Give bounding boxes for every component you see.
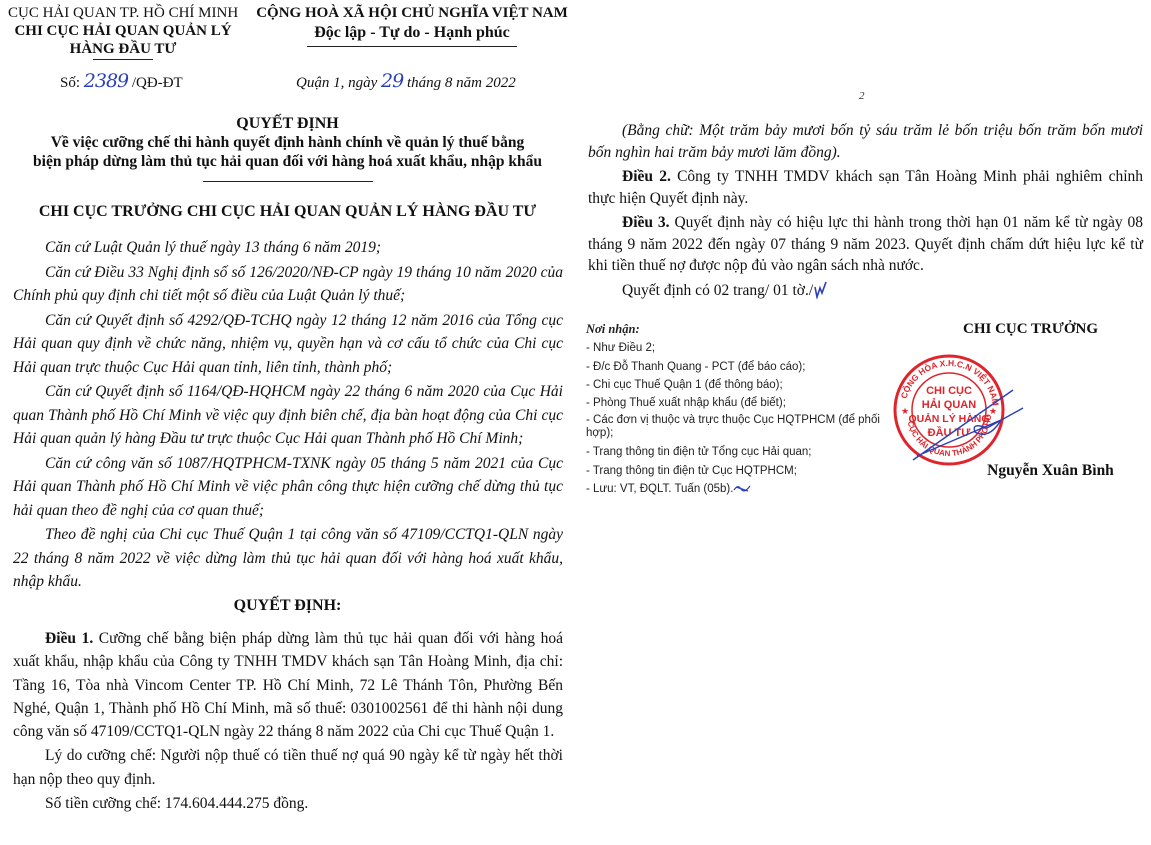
recipient-item: - Đ/c Đỗ Thanh Quang - PCT (để báo cáo);	[586, 358, 886, 376]
recipient-item: - Phòng Thuế xuất nhập khẩu (để biết);	[586, 394, 886, 412]
legal-basis-item: Căn cứ công văn số 1087/HQTPHCM-TXNK ngà…	[13, 452, 563, 523]
motto-divider	[307, 46, 517, 47]
initial-scribble-icon	[733, 483, 751, 493]
signer-role: CHI CỤC TRƯỞNG	[908, 321, 1151, 338]
recipients-list: Nơi nhận: - Như Điều 2; - Đ/c Đỗ Thanh Q…	[586, 320, 886, 498]
decision-heading: QUYẾT ĐỊNH:	[0, 597, 575, 615]
recipient-item: - Trang thông tin điện tử Tổng cục Hải q…	[586, 443, 886, 461]
article-1: Điều 1. Cưỡng chế bằng biện pháp dừng là…	[13, 627, 563, 743]
svg-text:CHI CỤC: CHI CỤC	[926, 385, 972, 397]
recipient-item: - Chi cục Thuế Quận 1 (để thông báo);	[586, 376, 886, 394]
signer-name: Nguyễn Xuân Bình	[908, 462, 1151, 480]
date-prefix: Quận 1, ngày	[296, 75, 381, 91]
nation-name: CỘNG HOÀ XÃ HỘI CHỦ NGHĨA VIỆT NAM	[252, 4, 572, 23]
document-page-1: CỤC HẢI QUAN TP. HỒ CHÍ MINH CHI CỤC HẢI…	[0, 0, 575, 845]
initial-mark-icon	[813, 281, 827, 299]
recipients-heading: Nơi nhận:	[586, 320, 886, 338]
pages-note: Quyết định có 02 trang/ 01 tờ./	[588, 280, 1143, 302]
header-divider	[93, 59, 153, 60]
signature-block: CHI CỤC TRƯỞNG CỘNG HÒA X.H.C.N VIỆT NAM…	[908, 318, 1151, 338]
official-seal-icon: CỘNG HÒA X.H.C.N VIỆT NAM CỤC HẢI QUAN T…	[891, 350, 1031, 470]
amount-in-words: (Bằng chữ: Một trăm bảy mươi bốn tỷ sáu …	[588, 120, 1143, 163]
svg-text:HẢI QUAN: HẢI QUAN	[922, 398, 976, 411]
recipient-item: - Như Điều 2;	[586, 339, 886, 357]
article-3-text: Quyết định này có hiệu lực thi hành tron…	[588, 214, 1143, 274]
enforcement-amount: Số tiền cưỡng chế: 174.604.444.275 đồng.	[13, 792, 563, 815]
recipient-item: - Trang thông tin điện tử Cục HQTPHCM;	[586, 462, 886, 480]
article-2-text: Công ty TNHH TMDV khách sạn Tân Hoàng Mi…	[588, 168, 1143, 207]
article-3: Điều 3. Quyết định này có hiệu lực thi h…	[588, 212, 1143, 277]
document-page-2: 2 (Bằng chữ: Một trăm bảy mươi bốn tỷ sá…	[578, 0, 1151, 845]
title-divider	[203, 181, 373, 182]
legal-basis-item: Căn cứ Quyết định số 1164/QĐ-HQHCM ngày …	[13, 380, 563, 451]
articles-page-2: (Bằng chữ: Một trăm bảy mươi bốn tỷ sáu …	[588, 120, 1143, 301]
document-subtitle-line2: biện pháp dừng làm thủ tục hải quan đối …	[0, 152, 575, 171]
article-3-label: Điều 3.	[622, 214, 670, 231]
svg-text:QUẢN LÝ HÀNG: QUẢN LÝ HÀNG	[908, 412, 989, 425]
article-2-label: Điều 2.	[622, 168, 671, 185]
recipient-item: - Các đơn vị thuộc và trực thuộc Cục HQT…	[586, 412, 886, 443]
parent-agency: CỤC HẢI QUAN TP. HỒ CHÍ MINH	[8, 4, 238, 22]
national-motto: Độc lập - Tự do - Hạnh phúc	[252, 23, 572, 42]
issue-date: Quận 1, ngày 29 tháng 8 năm 2022	[296, 70, 516, 92]
legal-basis-item: Theo đề nghị của Chi cục Thuế Quận 1 tại…	[13, 523, 563, 594]
svg-text:★: ★	[989, 406, 997, 416]
document-number: Số: 2389 /QĐ-ĐT	[60, 70, 183, 92]
svg-text:ĐẦU TƯ: ĐẦU TƯ	[928, 426, 972, 439]
handwritten-day: 29	[381, 70, 403, 92]
article-1-text: Cưỡng chế bằng biện pháp dừng làm thủ tụ…	[13, 630, 563, 740]
page-number: 2	[859, 90, 865, 102]
office-name-line2: HÀNG ĐẦU TƯ	[8, 40, 238, 58]
legal-basis-item: Căn cứ Điều 33 Nghị định số số 126/2020/…	[13, 261, 563, 308]
office-name-line1: CHI CỤC HẢI QUAN QUẢN LÝ	[8, 22, 238, 40]
handwritten-doc-number: 2389	[84, 70, 128, 92]
issuing-agency-header: CỤC HẢI QUAN TP. HỒ CHÍ MINH CHI CỤC HẢI…	[8, 4, 238, 60]
archive-note: - Lưu: VT, ĐQLT. Tuấn (05b).	[586, 483, 733, 495]
legal-basis-item: Căn cứ Luật Quản lý thuế ngày 13 tháng 6…	[13, 236, 563, 260]
articles-page-1: Điều 1. Cưỡng chế bằng biện pháp dừng là…	[13, 627, 563, 816]
document-subtitle-line1: Về việc cưỡng chế thi hành quyết định hà…	[0, 133, 575, 152]
article-1-label: Điều 1.	[45, 630, 93, 647]
doc-number-suffix: /QĐ-ĐT	[128, 75, 183, 91]
issuing-authority: CHI CỤC TRƯỞNG CHI CỤC HẢI QUAN QUẢN LÝ …	[0, 203, 575, 221]
pages-note-text: Quyết định có 02 trang/ 01 tờ./	[622, 282, 813, 299]
legal-basis-item: Căn cứ Quyết định số 4292/QĐ-TCHQ ngày 1…	[13, 309, 563, 380]
article-2: Điều 2. Công ty TNHH TMDV khách sạn Tân …	[588, 166, 1143, 209]
document-title: QUYẾT ĐỊNH	[0, 114, 575, 133]
doc-number-prefix: Số:	[60, 75, 84, 91]
decision-title-block: QUYẾT ĐỊNH Về việc cưỡng chế thi hành qu…	[0, 114, 575, 182]
recipient-item: - Lưu: VT, ĐQLT. Tuấn (05b).	[586, 480, 886, 498]
legal-bases: Căn cứ Luật Quản lý thuế ngày 13 tháng 6…	[13, 236, 563, 595]
enforcement-reason: Lý do cưỡng chế: Người nộp thuế có tiền …	[13, 744, 563, 791]
national-header: CỘNG HOÀ XÃ HỘI CHỦ NGHĨA VIỆT NAM Độc l…	[252, 4, 572, 47]
date-suffix: tháng 8 năm 2022	[403, 75, 516, 91]
